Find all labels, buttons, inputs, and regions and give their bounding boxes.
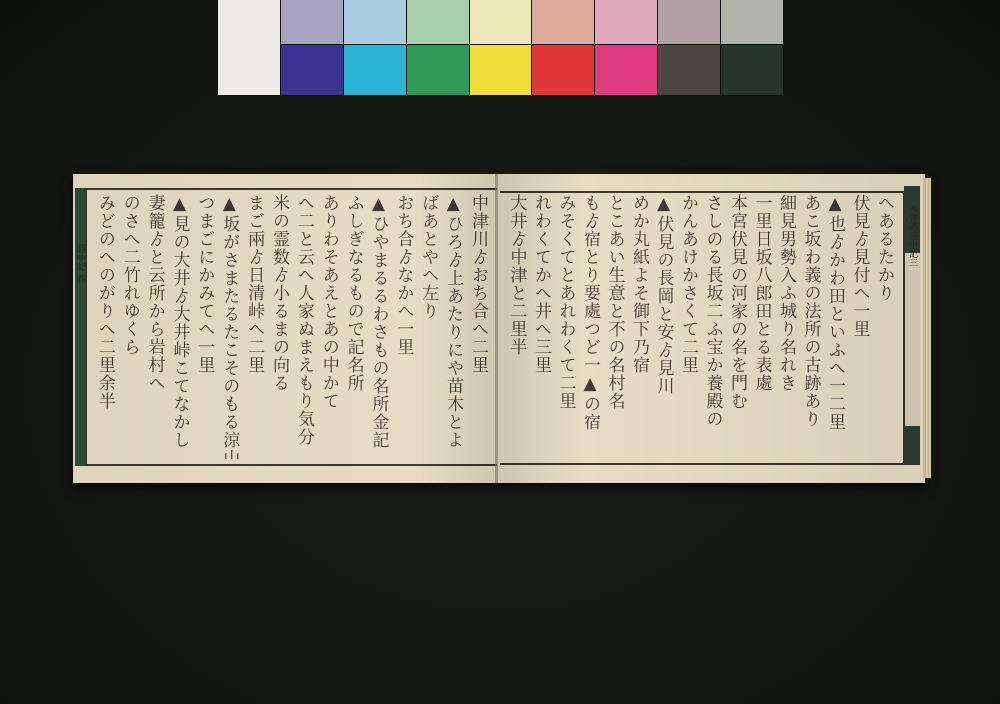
swatch-yellow	[470, 45, 532, 95]
swatch-green	[407, 45, 469, 95]
swatch-light-olive	[721, 0, 783, 44]
swatch-dark-green	[721, 45, 783, 95]
swatch-lavender	[281, 0, 343, 44]
color-calibration-chart	[217, 0, 784, 96]
swatch-violet	[281, 45, 343, 95]
swatch-salmon	[532, 0, 594, 44]
open-book: 道中記 四 中津川ゟおち合へ二里▲ひろゟ上あたりにや苗木とよばあとやへ左りおち合…	[73, 174, 925, 483]
swatch-light-yellow	[470, 0, 532, 44]
swatch-dark-gray	[658, 45, 720, 95]
swatch-white	[218, 0, 280, 95]
swatch-light-gray	[658, 0, 720, 44]
page-shading	[73, 174, 925, 483]
swatch-pink	[595, 0, 657, 44]
swatch-cyan	[344, 45, 406, 95]
swatch-red	[532, 45, 594, 95]
swatch-light-green	[407, 0, 469, 44]
swatch-light-blue	[344, 0, 406, 44]
swatch-magenta	[595, 45, 657, 95]
